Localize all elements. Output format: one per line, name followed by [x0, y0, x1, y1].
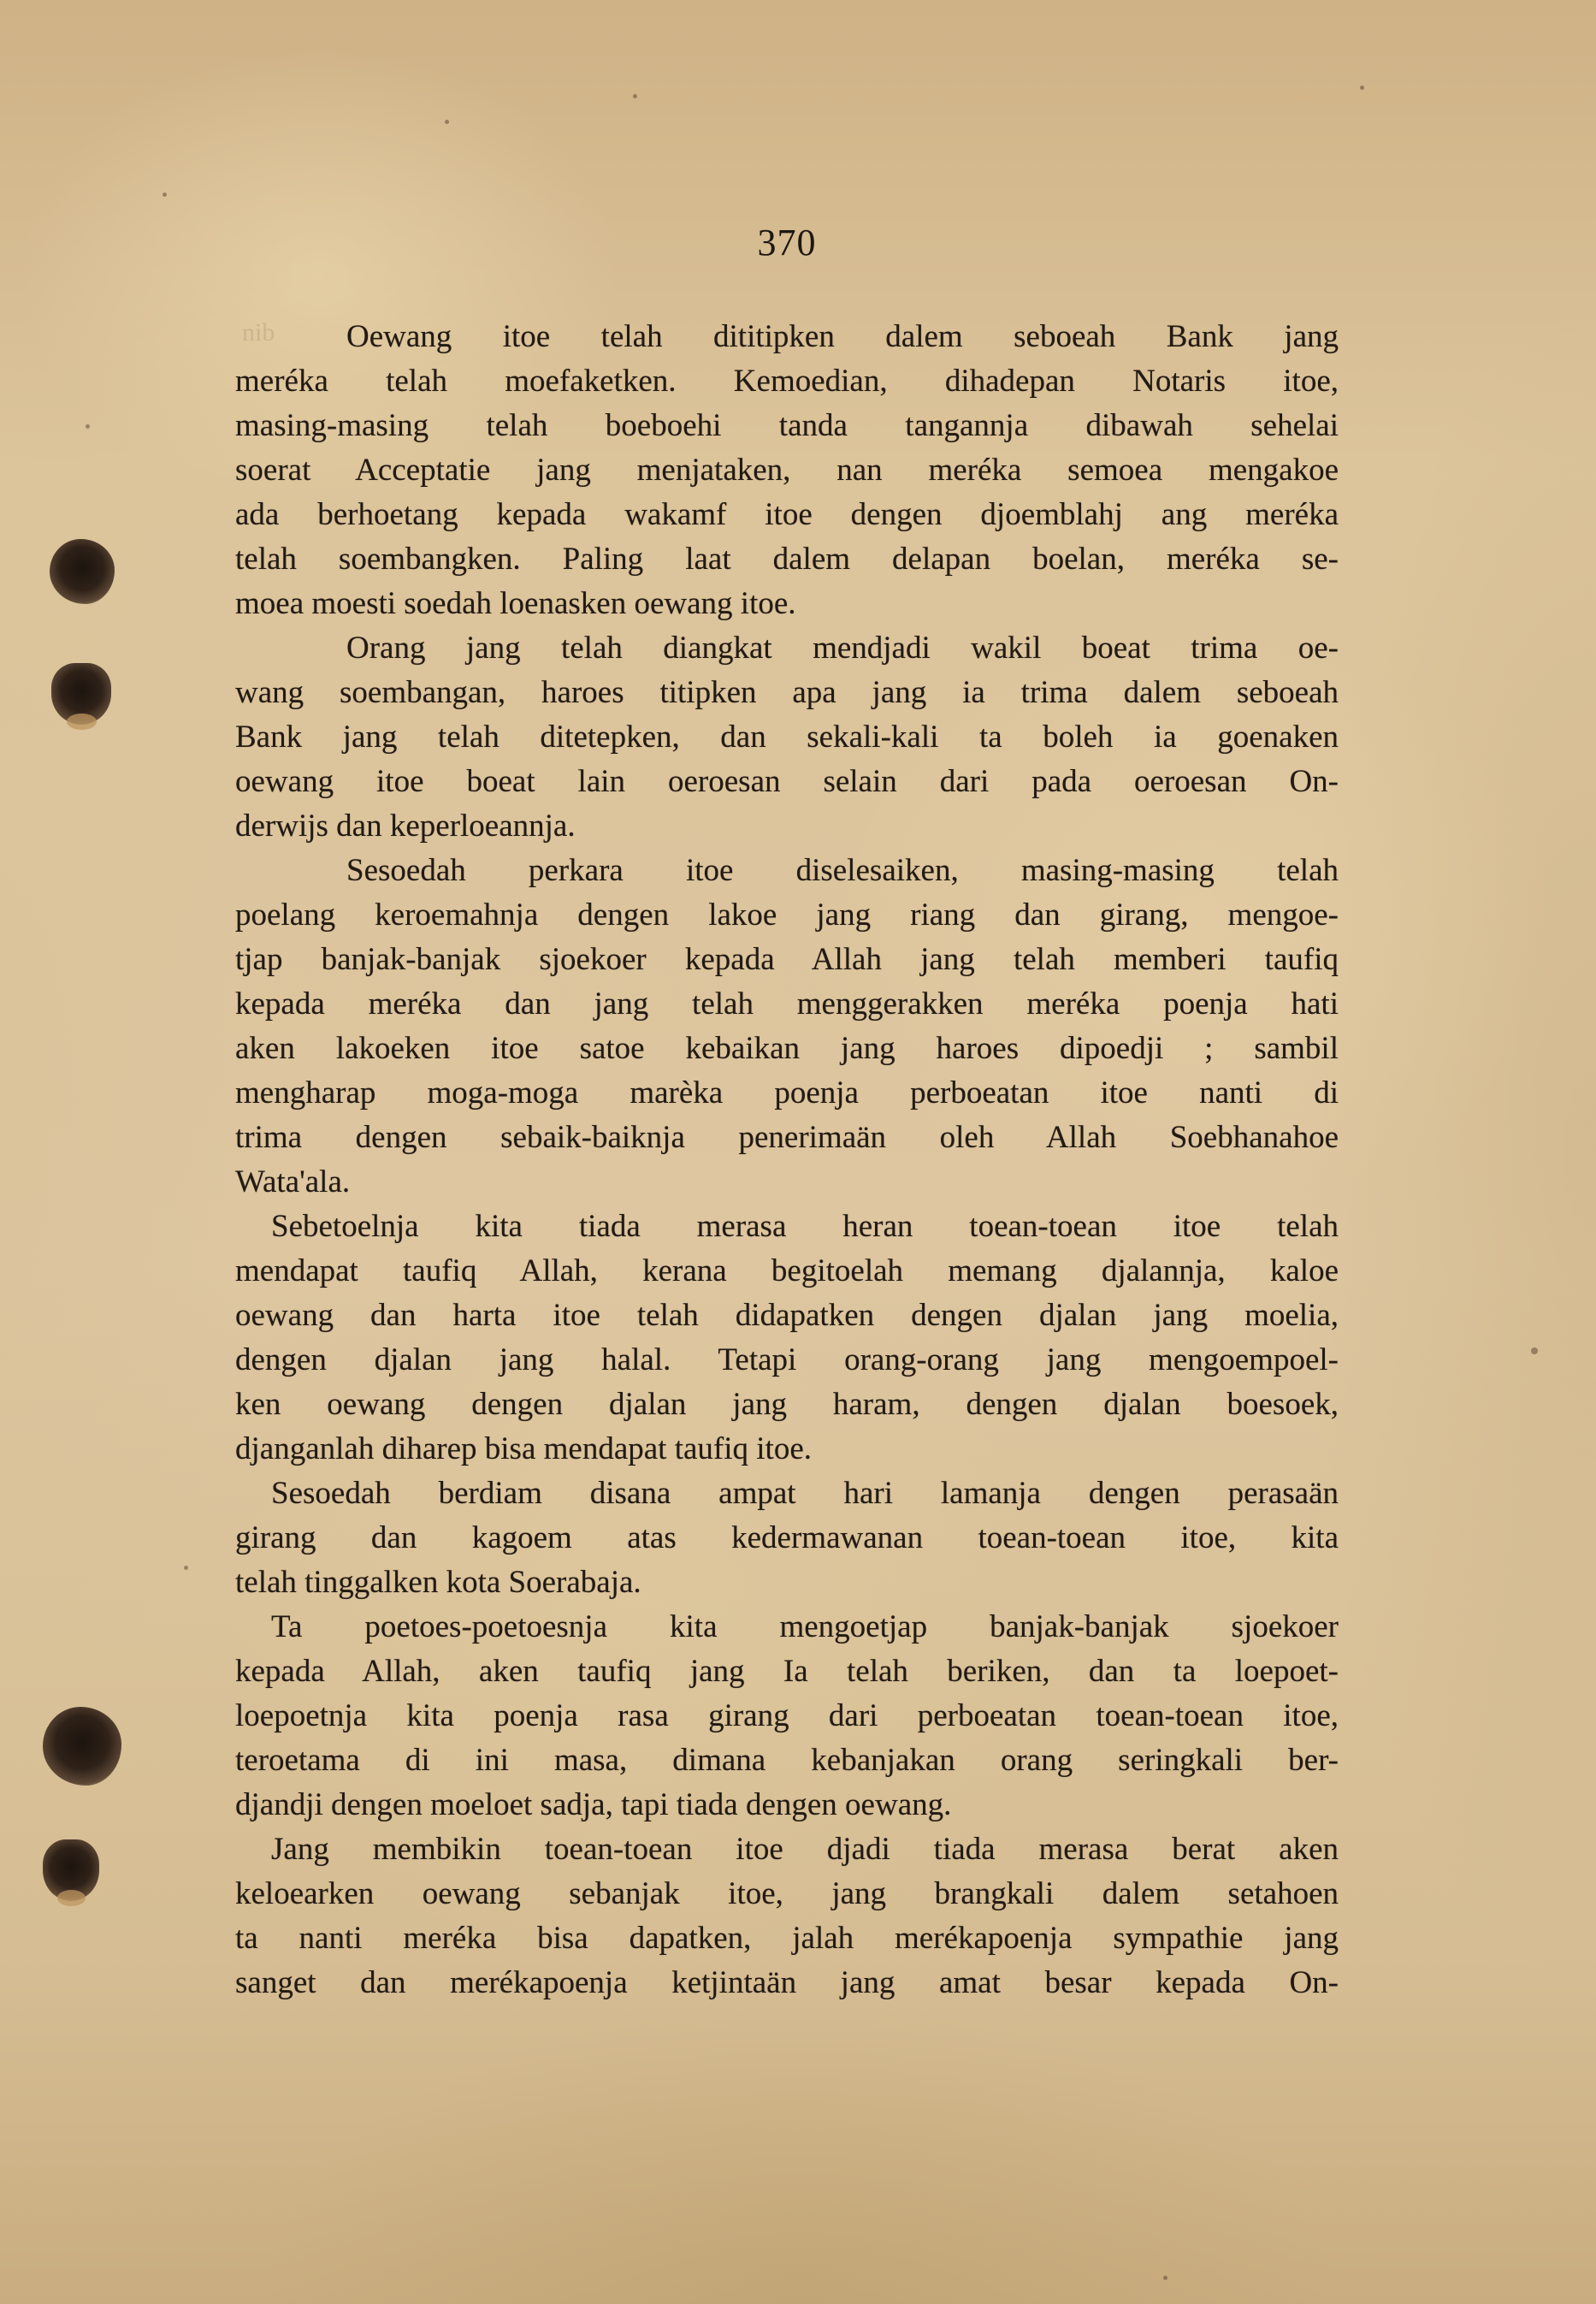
text-line: djanganlah diharep bisa mendapat taufiq …: [235, 1427, 1339, 1472]
text-line: telah soembangken. Paling laat dalem del…: [235, 537, 1339, 582]
paragraph: Sebetoelnja kita tiada merasa heran toea…: [235, 1205, 1339, 1472]
paper-speck: [1360, 86, 1364, 90]
text-line: Sebetoelnja kita tiada merasa heran toea…: [235, 1205, 1339, 1249]
text-line: sanget dan merékapoenja ketjintaän jang …: [235, 1961, 1339, 2005]
body-text: Oewang itoe telah dititipken dalem seboe…: [235, 315, 1339, 2005]
scanned-page: nib 370 Oewang itoe telah dititipken dal…: [0, 0, 1596, 2304]
text-line: Ta poetoes-poetoesnja kita mengoetjap ba…: [235, 1605, 1339, 1650]
text-line: mendapat taufiq Allah, kerana begitoelah…: [235, 1249, 1339, 1294]
text-line: poelang keroemahnja dengen lakoe jang ri…: [235, 893, 1339, 938]
paragraph: Jang membikin toean-toean itoe djadi tia…: [235, 1827, 1339, 2005]
text-line: mengharap moga-moga marèka poenja perboe…: [235, 1071, 1339, 1116]
paper-speck: [86, 424, 90, 429]
text-line: kepada meréka dan jang telah menggerakke…: [235, 982, 1339, 1027]
text-line: Orang jang telah diangkat mendjadi wakil…: [235, 626, 1339, 671]
text-line: soerat Acceptatie jang menjataken, nan m…: [235, 448, 1339, 493]
text-line: oewang itoe boeat lain oeroesan selain d…: [235, 760, 1339, 804]
text-line: ada berhoetang kepada wakamf itoe dengen…: [235, 493, 1339, 537]
paper-speck: [445, 120, 449, 124]
paper-speck: [633, 94, 637, 98]
text-line: Jang membikin toean-toean itoe djadi tia…: [235, 1827, 1339, 1872]
text-line: girang dan kagoem atas kedermawanan toea…: [235, 1516, 1339, 1561]
text-line: Bank jang telah ditetepken, dan sekali-k…: [235, 715, 1339, 760]
text-line: telah tinggalken kota Soerabaja.: [235, 1561, 1339, 1605]
text-line: Wata'ala.: [235, 1160, 1339, 1205]
text-line: loepoetnja kita poenja rasa girang dari …: [235, 1694, 1339, 1738]
binding-hole: [50, 539, 115, 604]
text-line: wang soembangan, haroes titipken apa jan…: [235, 671, 1339, 715]
text-line: ta nanti meréka bisa dapatken, jalah mer…: [235, 1916, 1339, 1961]
text-line: moea moesti soedah loenasken oewang itoe…: [235, 582, 1339, 626]
binding-hole: [43, 1707, 121, 1786]
text-line: Sesoedah berdiam disana ampat hari laman…: [235, 1472, 1339, 1516]
text-line: Sesoedah perkara itoe diselesaiken, masi…: [235, 849, 1339, 893]
paper-speck: [184, 1566, 188, 1570]
paragraph: Oewang itoe telah dititipken dalem seboe…: [235, 315, 1339, 626]
text-line: tjap banjak-banjak sjoekoer kepada Allah…: [235, 938, 1339, 982]
paper-speck: [1531, 1347, 1538, 1354]
text-line: ken oewang dengen djalan jang haram, den…: [235, 1383, 1339, 1427]
text-line: dengen djalan jang halal. Tetapi orang-o…: [235, 1338, 1339, 1383]
paragraph: Orang jang telah diangkat mendjadi wakil…: [235, 626, 1339, 849]
binding-hole: [43, 1839, 99, 1901]
text-line: derwijs dan keperloeannja.: [235, 804, 1339, 849]
text-line: masing-masing telah boeboehi tanda tanga…: [235, 404, 1339, 448]
text-line: kepada Allah, aken taufiq jang Ia telah …: [235, 1650, 1339, 1694]
text-line: oewang dan harta itoe telah didapatken d…: [235, 1294, 1339, 1338]
text-line: djandji dengen moeloet sadja, tapi tiada…: [235, 1783, 1339, 1827]
paragraph: Sesoedah perkara itoe diselesaiken, masi…: [235, 849, 1339, 1205]
text-line: Oewang itoe telah dititipken dalem seboe…: [235, 315, 1339, 359]
binding-hole: [51, 663, 111, 725]
text-line: meréka telah moefaketken. Kemoedian, dih…: [235, 359, 1339, 404]
page-number: 370: [0, 221, 1574, 264]
text-line: trima dengen sebaik-baiknja penerimaän o…: [235, 1116, 1339, 1160]
paragraph: Ta poetoes-poetoesnja kita mengoetjap ba…: [235, 1605, 1339, 1827]
text-line: aken lakoeken itoe satoe kebaikan jang h…: [235, 1027, 1339, 1071]
text-line: teroetama di ini masa, dimana kebanjakan…: [235, 1738, 1339, 1783]
paper-speck: [1163, 2276, 1167, 2280]
paragraph: Sesoedah berdiam disana ampat hari laman…: [235, 1472, 1339, 1605]
text-line: keloearken oewang sebanjak itoe, jang br…: [235, 1872, 1339, 1916]
paper-speck: [163, 192, 167, 197]
